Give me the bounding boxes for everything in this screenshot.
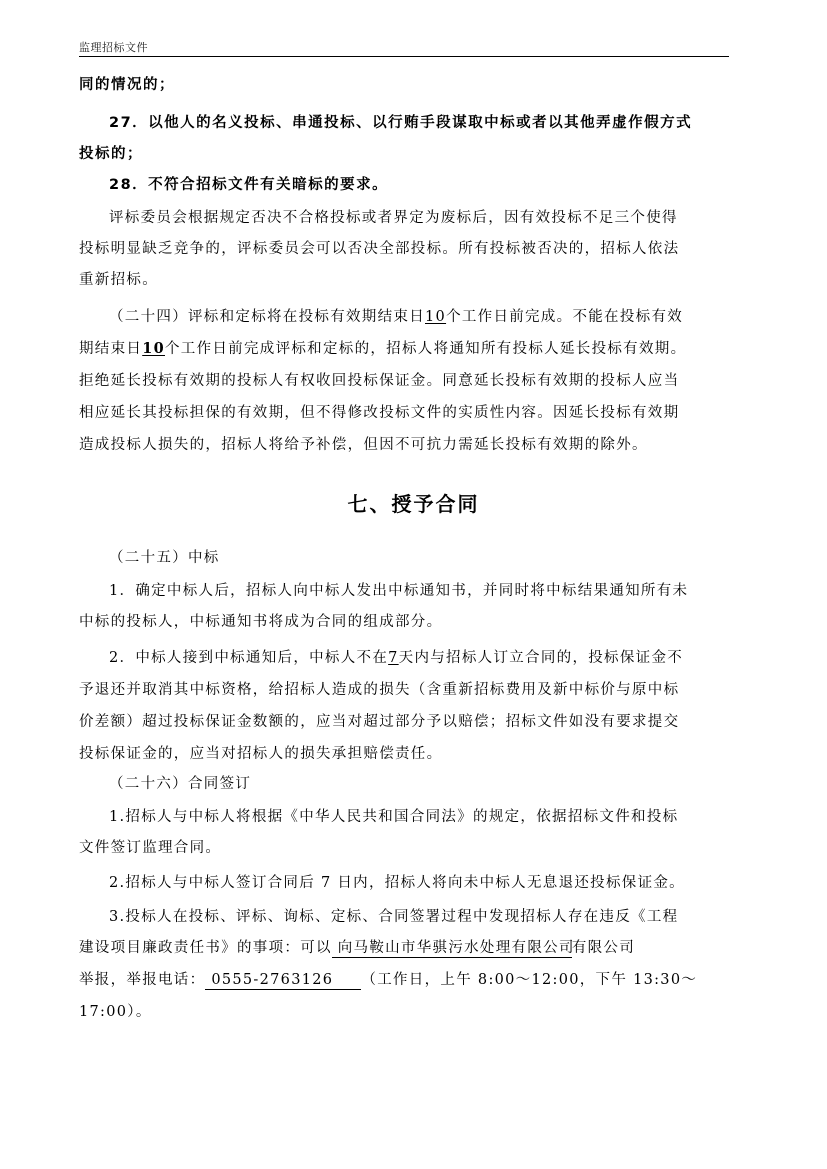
- text: 有限公司: [572, 940, 635, 956]
- paragraph-line: 2.招标人与中标人签订合同后 7 日内，招标人将向未中标人无息退还投标保证金。: [79, 873, 729, 893]
- text: （工作日，上午 8:00～12:00，下午 13:30～: [361, 972, 697, 988]
- paragraph-line: 相应延长其投标担保的有效期，但不得修改投标文件的实质性内容。因延长投标有效期: [79, 403, 729, 423]
- text-line: 同的情况的；: [79, 75, 729, 95]
- text: 期结束日: [79, 341, 142, 357]
- paragraph-line: 价差额）超过投标保证金数额的，应当对超过部分予以赔偿；招标文件如没有要求提交: [79, 712, 729, 732]
- item-27: 27．以他人的名义投标、串通投标、以行贿手段谋取中标或者以其他弄虚作假方式: [79, 113, 729, 133]
- paragraph-line: 评标委员会根据规定否决不合格投标或者界定为废标后，因有效投标不足三个使得: [79, 208, 729, 228]
- paragraph-line: 3.投标人在投标、评标、询标、定标、合同签署过程中发现招标人存在违反《工程: [79, 907, 729, 927]
- paragraph-line: 中标的投标人，中标通知书将成为合同的组成部分。: [79, 612, 729, 632]
- days-value: 10: [142, 340, 165, 357]
- paragraph-line: 1.招标人与中标人将根据《中华人民共和国合同法》的规定，依据招标文件和投标: [79, 807, 729, 827]
- page-header: 监理招标文件: [79, 38, 729, 57]
- company-name: 向马鞍山市华骐污水处理有限公司: [338, 940, 575, 956]
- item-27-cont: 投标的；: [79, 144, 729, 164]
- paragraph-line: 2．中标人接到中标通知后，中标人不在7天内与招标人订立合同的，投标保证金不: [79, 648, 729, 668]
- paragraph-line: 重新招标。: [79, 270, 729, 290]
- text: 建设项目廉政责任书》的事项：可以: [79, 940, 332, 956]
- phone-blank: 0555-2763126: [205, 972, 361, 990]
- section-heading: （二十五）中标: [79, 548, 729, 568]
- paragraph-line: 造成投标人损失的，招标人将给予补偿，但因不可抗力需延长投标有效期的除外。: [79, 435, 729, 455]
- item-28: 28．不符合招标文件有关暗标的要求。: [79, 175, 729, 195]
- text: 2．中标人接到中标通知后，中标人不在: [109, 650, 388, 666]
- paragraph-line: 投标明显缺乏竞争的，评标委员会可以否决全部投标。所有投标被否决的，招标人依法: [79, 239, 729, 259]
- days-value: 10: [425, 309, 446, 325]
- text: 天内与招标人订立合同的，投标保证金不: [399, 650, 683, 666]
- paragraph-line: 举报，举报电话： 0555-2763126（工作日，上午 8:00～12:00，…: [79, 970, 729, 990]
- paragraph-line: 17:00）。: [79, 1002, 729, 1022]
- paragraph-line: 投标保证金的，应当对招标人的损失承担赔偿责任。: [79, 744, 729, 764]
- section-heading: （二十六）合同签订: [79, 774, 729, 794]
- company-blank: 向马鞍山市华骐污水处理有限公司: [332, 940, 572, 958]
- text: （二十四）评标和定标将在投标有效期结束日: [109, 309, 425, 325]
- paragraph-line: 1．确定中标人后，招标人向中标人发出中标通知书，并同时将中标结果通知所有未: [79, 581, 729, 601]
- header-title: 监理招标文件: [79, 39, 148, 55]
- phone-number: 0555-2763126: [211, 972, 333, 988]
- paragraph-line: 拒绝延长投标有效期的投标人有权收回投标保证金。同意延长投标有效期的投标人应当: [79, 371, 729, 391]
- paragraph-line: （二十四）评标和定标将在投标有效期结束日10个工作日前完成。不能在投标有效: [79, 307, 729, 327]
- text: 举报，举报电话：: [79, 972, 205, 988]
- chapter-title: 七、授予合同: [0, 488, 827, 517]
- text: 个工作日前完成。不能在投标有效: [446, 309, 683, 325]
- text: 个工作日前完成评标和定标的，招标人将通知所有投标人延长投标有效期。: [165, 341, 686, 357]
- paragraph-line: 予退还并取消其中标资格，给招标人造成的损失（含重新招标费用及新中标价与原中标: [79, 680, 729, 700]
- paragraph-line: 建设项目廉政责任书》的事项：可以 向马鞍山市华骐污水处理有限公司有限公司: [79, 938, 729, 958]
- paragraph-line: 期结束日10个工作日前完成评标和定标的，招标人将通知所有投标人延长投标有效期。: [79, 339, 729, 359]
- paragraph-line: 文件签订监理合同。: [79, 838, 729, 858]
- days-value: 7: [388, 650, 399, 666]
